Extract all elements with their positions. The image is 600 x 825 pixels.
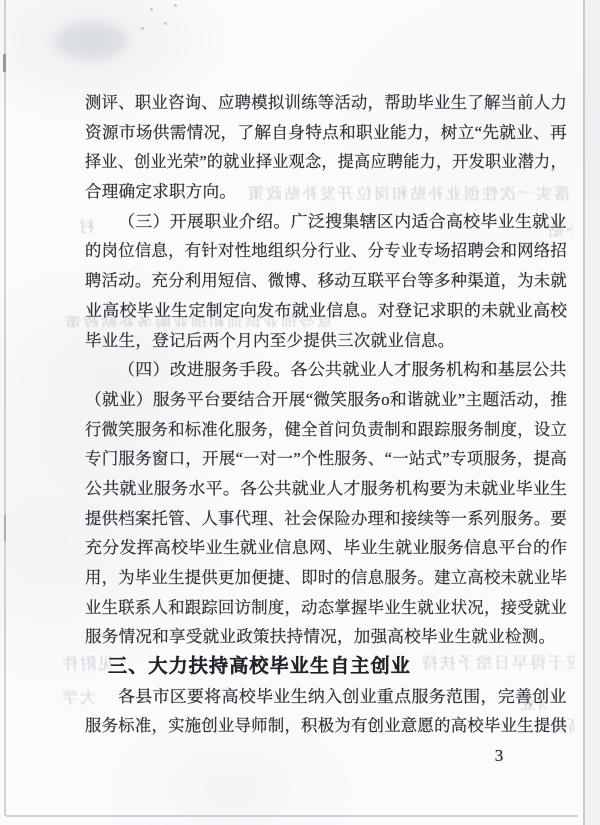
text-line-ink: 合理确定求职方向。	[85, 177, 236, 207]
text-line-ink: 毕业生，登记后两个月内至少提供三次就业信息。	[85, 326, 455, 356]
text-line-8: 业高校毕业生定制定向发布就业信息。对登记求职的未就业高校	[85, 296, 567, 326]
scanned-document-page: 落实一次性创业补贴和岗位开发补贴政策村补贴享受创业培训和创业服务补贴政策见附件应…	[0, 0, 600, 825]
text-line-15: 提供档案托管、人事代理、社会保险办理和接续等一系列服务。要	[85, 504, 567, 534]
text-line-ink: 聘活动。充分利用短信、微博、移动互联平台等多种渠道，为未就	[85, 266, 567, 296]
scan-speck	[174, 4, 177, 7]
text-line-ink: 专门服务窗口，开展“一对一”个性服务、“一站式”专项服务，提高	[85, 444, 567, 474]
text-line-1: 测评、职业咨询、应聘模拟训练等活动，帮助毕业生了解当前人力	[85, 88, 567, 118]
page-number: 3	[488, 741, 510, 771]
text-line-ink: 服务标准，实施创业导师制，积极为有创业意愿的高校毕业生提供	[85, 711, 567, 741]
text-line-ink: 三、大力扶持高校毕业生自主创业	[108, 652, 411, 682]
text-line-21: 各县市区要将高校毕业生纳入创业重点服务范围，完善创业	[85, 682, 567, 712]
scan-speck	[150, 8, 153, 11]
text-line-ink: 各县市区要将高校毕业生纳入创业重点服务范围，完善创业	[118, 682, 567, 712]
text-line-7: 聘活动。充分利用短信、微博、移动互联平台等多种渠道，为未就	[85, 266, 567, 296]
scan-smudge	[55, 22, 127, 60]
scan-speck	[164, 22, 167, 25]
text-line-12: 行微笑服务和标准化服务，健全首问负责制和跟踪服务制度，设立	[85, 415, 567, 445]
text-line-14: 公共就业服务水平。各公共就业人才服务机构要为未就业毕业生	[85, 474, 567, 504]
text-line-17: 用，为毕业生提供更加便捷、即时的信息服务。建立高校未就业毕	[85, 563, 567, 593]
text-line-19: 服务情况和享受就业政策扶持情况，加强高校毕业生就业检测。	[85, 622, 567, 652]
text-line-ink: 用，为毕业生提供更加便捷、即时的信息服务。建立高校未就业毕	[85, 563, 567, 593]
page-left-edge-line	[4, 0, 6, 816]
text-line-13: 专门服务窗口，开展“一对一”个性服务、“一站式”专项服务，提高	[85, 444, 567, 474]
section-heading: 三、大力扶持高校毕业生自主创业	[85, 652, 567, 682]
text-line-ink: 服务情况和享受就业政策扶持情况，加强高校毕业生就业检测。	[85, 622, 555, 652]
text-line-11: （就业）服务平台要结合开展“微笑服务o和谐就业”主题活动，推	[85, 385, 567, 415]
text-line-18: 业生联系人和跟踪回访制度，动态掌握毕业生就业状况，接受就业	[85, 593, 567, 623]
text-line-16: 充分发挥高校毕业生就业信息网、毕业生就业服务信息平台的作	[85, 533, 567, 563]
text-line-4: 合理确定求职方向。	[85, 177, 567, 207]
text-line-ink: 的岗位信息，有针对性地组织分行业、分专业专场招聘会和网络招	[85, 236, 567, 266]
scan-speck	[141, 27, 144, 30]
text-line-ink: 业生联系人和跟踪回访制度，动态掌握毕业生就业状况，接受就业	[85, 593, 567, 623]
text-line-3: 择业、创业光荣”的就业择业观念，提高应聘能力，开发职业潜力，	[85, 147, 567, 177]
text-line-ink: 资源市场供需情况，了解自身特点和职业能力，树立“先就业、再	[85, 118, 567, 148]
page-left-edge-dash	[3, 54, 6, 72]
text-line-ink: （三）开展职业介绍。广泛搜集辖区内适合高校毕业生就业	[118, 207, 567, 237]
text-line-2: 资源市场供需情况，了解自身特点和职业能力，树立“先就业、再	[85, 118, 567, 148]
document-text-block: 测评、职业咨询、应聘模拟训练等活动，帮助毕业生了解当前人力资源市场供需情况，了解…	[85, 88, 567, 741]
text-line-ink: 择业、创业光荣”的就业择业观念，提高应聘能力，开发职业潜力，	[85, 147, 567, 177]
text-line-6: 的岗位信息，有针对性地组织分行业、分专业专场招聘会和网络招	[85, 236, 567, 266]
text-line-10: （四）改进服务手段。各公共就业人才服务机构和基层公共	[85, 355, 567, 385]
text-line-22: 服务标准，实施创业导师制，积极为有创业意愿的高校毕业生提供	[85, 711, 567, 741]
text-line-ink: 充分发挥高校毕业生就业信息网、毕业生就业服务信息平台的作	[85, 533, 567, 563]
text-line-9: 毕业生，登记后两个月内至少提供三次就业信息。	[85, 326, 567, 356]
text-line-ink: （就业）服务平台要结合开展“微笑服务o和谐就业”主题活动，推	[85, 385, 567, 415]
text-line-ink: 公共就业服务水平。各公共就业人才服务机构要为未就业毕业生	[85, 474, 567, 504]
page-bottom-edge-line	[6, 815, 578, 817]
text-line-ink: （四）改进服务手段。各公共就业人才服务机构和基层公共	[118, 355, 567, 385]
text-line-ink: 提供档案托管、人事代理、社会保险办理和接续等一系列服务。要	[85, 504, 567, 534]
page-left-edge-dash	[4, 515, 6, 541]
text-line-5: （三）开展职业介绍。广泛搜集辖区内适合高校毕业生就业	[85, 207, 567, 237]
text-line-ink: 测评、职业咨询、应聘模拟训练等活动，帮助毕业生了解当前人力	[85, 88, 567, 118]
text-line-ink: 行微笑服务和标准化服务，健全首问负责制和跟踪服务制度，设立	[85, 415, 567, 445]
text-line-ink: 业高校毕业生定制定向发布就业信息。对登记求职的未就业高校	[85, 296, 567, 326]
scanner-margin-strip	[585, 0, 600, 825]
